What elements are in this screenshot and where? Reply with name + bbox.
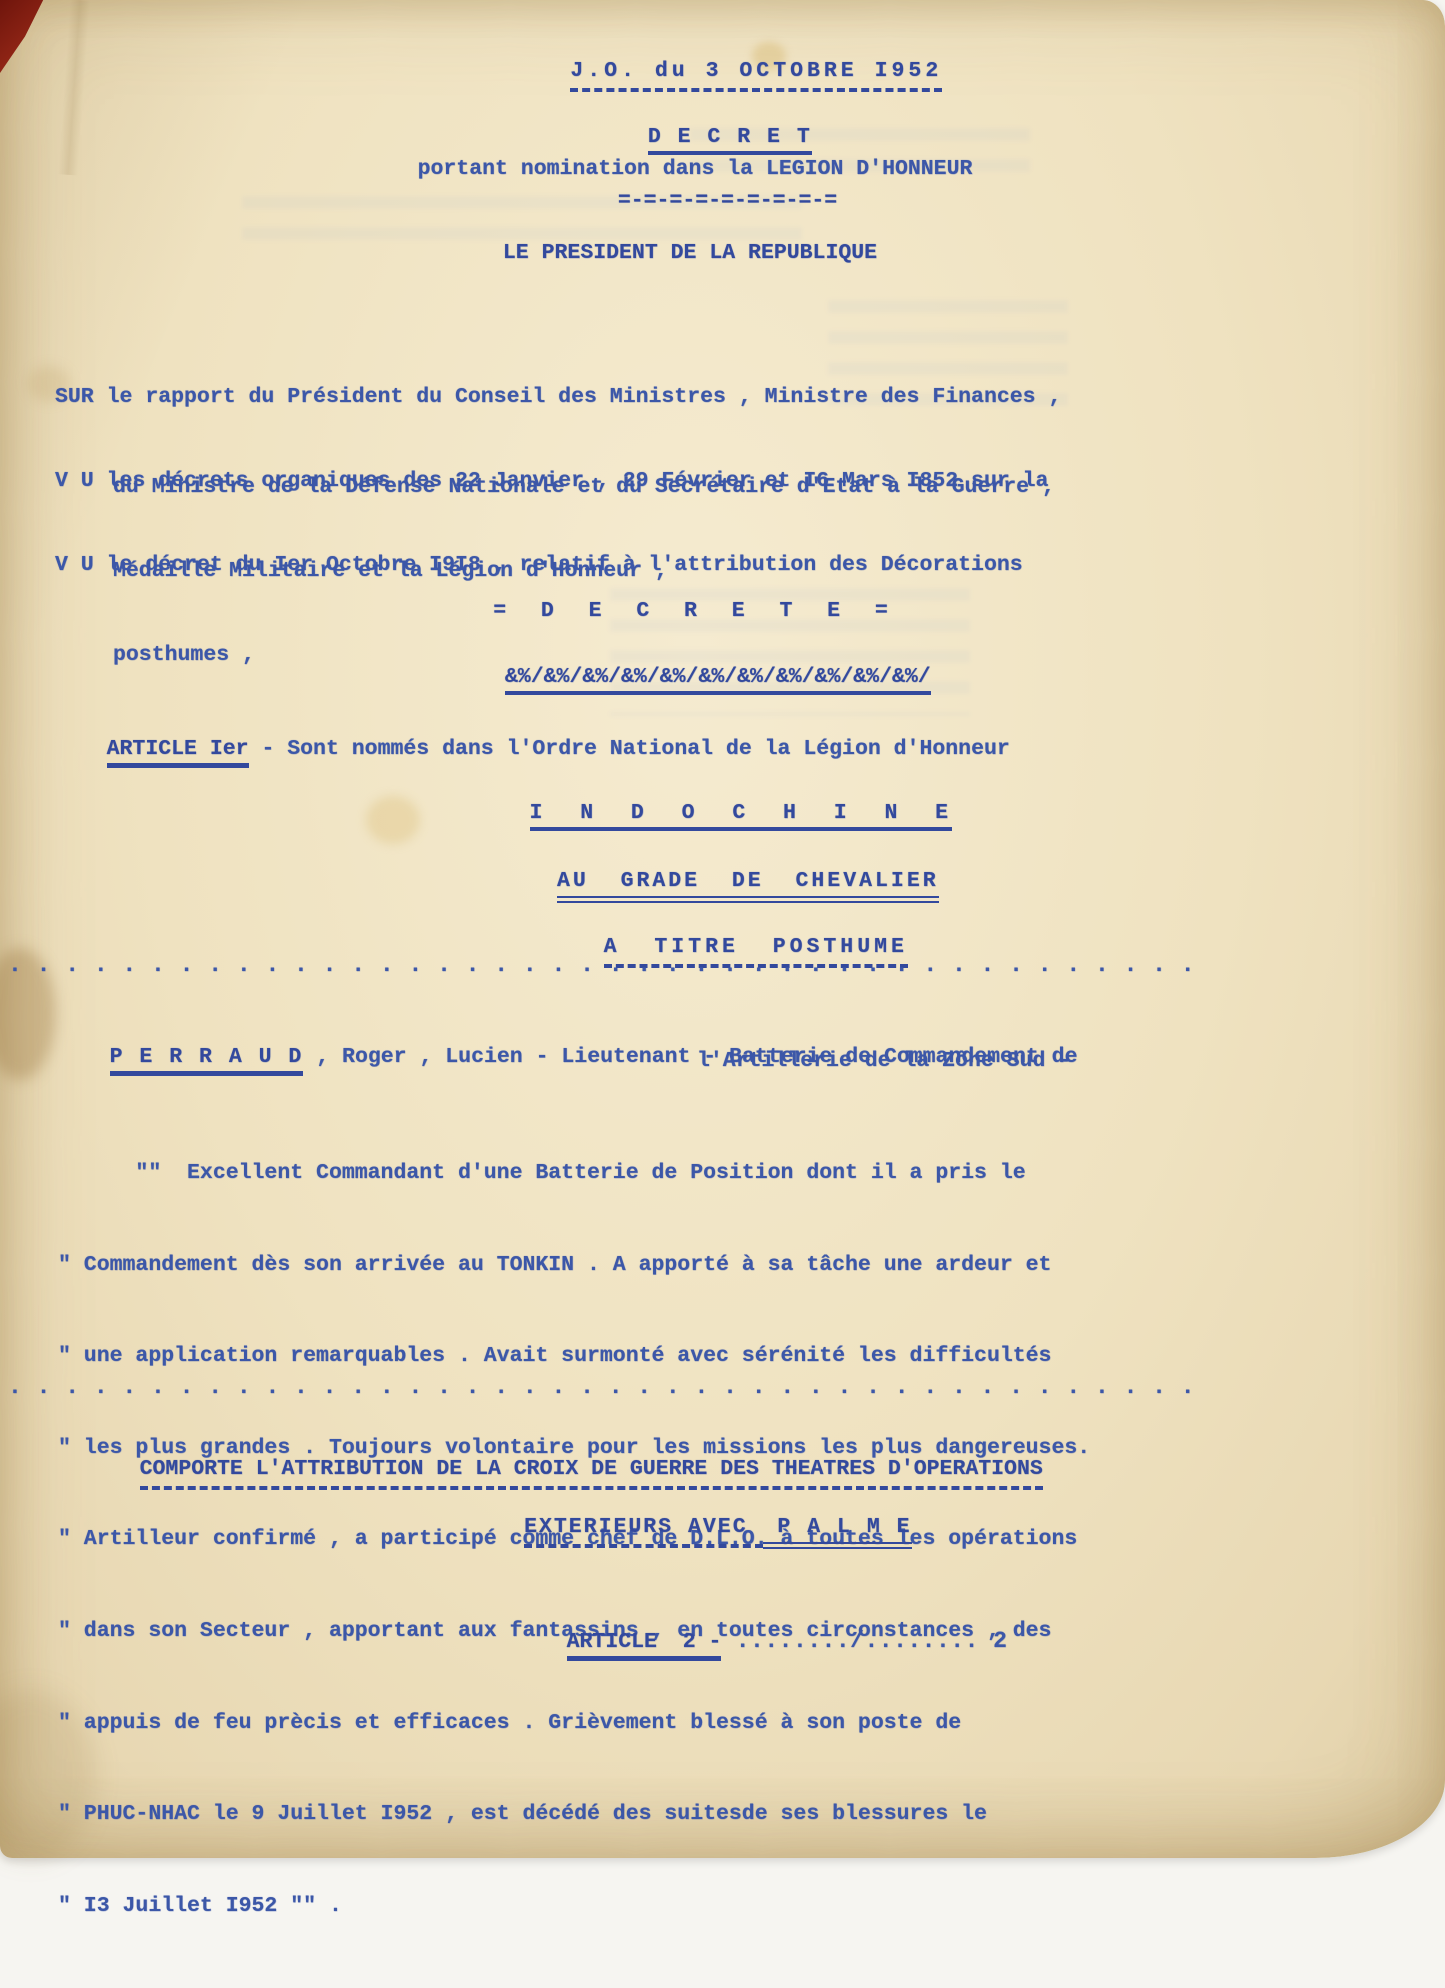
- article-2-label: ARTICLE 2 -: [567, 1630, 722, 1661]
- heading-grade-chevalier: AU GRADE DE CHEVALIER: [557, 869, 939, 903]
- decrete-heading: = D E C R E T E =: [0, 596, 1384, 626]
- date-line: J.O. du 3 OCTOBRE I952: [570, 59, 942, 92]
- palme-text: P A L M E: [763, 1515, 912, 1549]
- paper-sheet: J.O. du 3 OCTOBRE I952 D E C R E T porta…: [0, 0, 1445, 1858]
- article-2-line: ARTICLE 2 - ......../........ 2: [515, 1596, 1007, 1687]
- dotted-separator-bottom: . . . . . . . . . . . . . . . . . . . . …: [8, 1372, 1195, 1402]
- article-2-dots: ......../........ 2: [721, 1628, 1007, 1654]
- citation-line: " Commandement dès son arrivée au TONKIN…: [58, 1250, 1090, 1282]
- recipient-name: P E R R A U D: [110, 1045, 304, 1076]
- citation-line: "" Excellent Commandant d'une Batterie d…: [58, 1158, 1090, 1190]
- subtitle-rule: =-=-=-=-=-=-=-=-=: [0, 186, 1445, 216]
- scan-background: { "doc": { "date_line": "J.O. du 3 OCTOB…: [0, 0, 1445, 1988]
- citation-line: " I3 Juillet I952 "" .: [58, 1891, 1090, 1923]
- dotted-separator-top: . . . . . . . . . . . . . . . . . . . . …: [8, 950, 1195, 980]
- decrete-flourish: &%/&%/&%/&%/&%/&%/&%/&%/&%/&%/&%/: [505, 665, 931, 695]
- decree-subtitle: portant nomination dans la LEGION D'HONN…: [0, 154, 1390, 184]
- recital-vu-1918-line-1: V U le décret du Ier Octobre I9I8 , rela…: [55, 550, 1023, 580]
- citation-line: " appuis de feu prècis et efficaces . Gr…: [58, 1708, 1090, 1740]
- article-1-text: - Sont nommés dans l'Ordre National de l…: [249, 737, 1010, 761]
- exterieurs-avec-text: EXTERIEURS AVEC: [524, 1515, 762, 1548]
- croix-de-guerre-line-2: EXTERIEURS AVEC P A L M E: [0, 1482, 1376, 1572]
- heading-indochine: I N D O C H I N E: [530, 801, 953, 831]
- decree-title: D E C R E T: [648, 125, 812, 155]
- article-1-label: ARTICLE Ier: [107, 737, 249, 768]
- president-line: LE PRESIDENT DE LA REPUBLIQUE: [0, 238, 1380, 268]
- recipient-line-2: l'Artillerie de la Zône Sud -: [697, 1046, 1071, 1076]
- citation-line: " PHUC-NHAC le 9 Juillet I952 , est décé…: [58, 1799, 1090, 1831]
- citation-line: " une application remarquables . Avait s…: [58, 1341, 1090, 1373]
